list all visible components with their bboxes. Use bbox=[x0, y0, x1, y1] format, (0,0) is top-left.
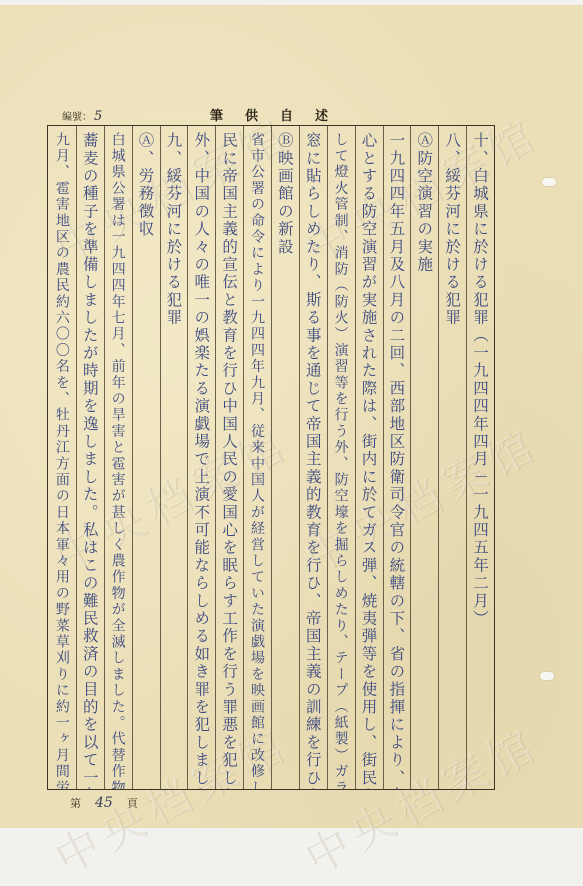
document-code-label: 編號： bbox=[62, 112, 92, 123]
manuscript-column: 蕎麦の種子を準備しましたが時期を逸しました。私はこの難民救済の目的を以て一九四四… bbox=[76, 126, 104, 789]
page-footer: 第 45 頁 bbox=[70, 795, 138, 811]
punch-hole bbox=[540, 672, 554, 680]
manuscript-column: Ⓐ防空演習の実施 bbox=[410, 126, 438, 789]
manuscript-column: Ⓑ映画館の新設 bbox=[271, 126, 299, 789]
manuscript-column: 窓に貼らしめたり、斯る事を通じて帝国主義的教育を行ひ、帝国主義の訓練を行ひました… bbox=[299, 126, 327, 789]
manuscript-column: 八、綏芬河に於ける犯罪 bbox=[438, 126, 466, 789]
page-title: 筆供自述 bbox=[210, 105, 350, 124]
manuscript-column: 九、綏芬河に於ける犯罪 bbox=[160, 126, 188, 789]
manuscript-column: 民に帝国主義的宣伝と教育を行ひ中国人民の愛国心を眠らす工作を行う罪悪を犯した bbox=[215, 126, 243, 789]
manuscript-column: 十、白城県に於ける犯罪（一九四四年四月－一九四五年二月） bbox=[466, 126, 494, 789]
manuscript-column: 九月、雹害地区の農民約六〇〇名を、牡丹江方面の日本軍々用の野菜草刈りに約一ヶ月間… bbox=[48, 126, 76, 789]
footer-suffix: 頁 bbox=[127, 795, 138, 811]
document-code-value: 5 bbox=[94, 109, 102, 124]
punch-hole bbox=[542, 178, 556, 186]
page-number: 45 bbox=[95, 795, 113, 811]
manuscript-column: Ⓐ、労務徴収 bbox=[132, 126, 160, 789]
manuscript-column: 外、中国の人々の唯一の娯楽たる演戯場で上演不可能ならしめる如き罪を犯しました。 bbox=[187, 126, 215, 789]
document-code: 編號：5 bbox=[62, 108, 102, 124]
manuscript-column: 一九四四年五月及八月の二回、西部地区防衛司令官の統轄の下、省の指揮により、白城子… bbox=[383, 126, 411, 789]
manuscript-column: して燈火管制、消防（防火）演習等を行う外、防空壕を掘らしめたり、テープ（紙製）ガ… bbox=[327, 126, 355, 789]
footer-prefix: 第 bbox=[70, 795, 81, 811]
manuscript-grid: 十、白城県に於ける犯罪（一九四四年四月－一九四五年二月）八、綏芬河に於ける犯罪Ⓐ… bbox=[47, 125, 495, 790]
document-page: 中央档案馆 中央档案馆 中央档案馆 中央档案馆 中央档案馆 中央档案馆 編號：5… bbox=[0, 5, 583, 828]
manuscript-column: 心とする防空演習が実施された際は、街内に於てガス弾、焼夷弾等を使用し、街民を強制 bbox=[355, 126, 383, 789]
manuscript-column: 省市公署の命令により一九四四年九月、従来中国人が経営していた演戯場を映画館に改修… bbox=[243, 126, 271, 789]
manuscript-column: 白城県公署は一九四四年七月、前年の旱害と雹害が甚しく農作物が全滅しました。代替作… bbox=[104, 126, 132, 789]
